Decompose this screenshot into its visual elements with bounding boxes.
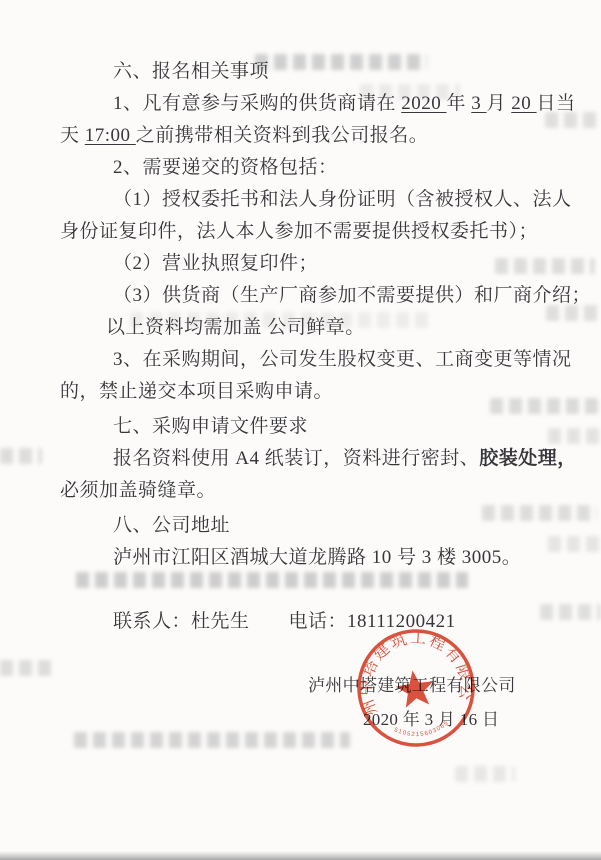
text-segment: （3）供货商（生产厂商参加不需要提供）和厂商介绍； bbox=[113, 285, 591, 306]
text-line: 1、凡有意参与采购的供货商请在 2020 年 3 月 20 日当 bbox=[60, 88, 565, 120]
seal-star-icon bbox=[394, 668, 437, 709]
text-segment: 年 bbox=[447, 93, 472, 114]
text-line: 天 17:00 之前携带相关资料到我公司报名。 bbox=[60, 120, 565, 152]
text-segment: 以上资料均需加盖 公司鲜章。 bbox=[106, 317, 365, 338]
bleedthrough-smudge bbox=[455, 766, 515, 782]
bleedthrough-smudge bbox=[0, 660, 55, 676]
text-line: （1）授权委托书和法人身份证明（含被授权人、法人 bbox=[60, 184, 565, 216]
document-page: 六、报名相关事项1、凡有意参与采购的供货商请在 2020 年 3 月 20 日当… bbox=[0, 0, 601, 860]
text-segment: 泸州市江阳区酒城大道龙腾路 10 号 3 楼 3005。 bbox=[113, 547, 521, 568]
text-segment: 月 bbox=[487, 93, 512, 114]
text-line: 身份证复印件，法人本人参加不需要提供授权委托书）； bbox=[60, 216, 565, 248]
text-segment: 报名资料使用 A4 纸装订，资料进行密封、 bbox=[113, 448, 479, 469]
text-line: 八、公司地址 bbox=[60, 510, 565, 542]
text-segment: 天 bbox=[60, 125, 85, 146]
text-line: 报名资料使用 A4 纸装订，资料进行密封、胶装处理， bbox=[60, 443, 565, 475]
text-segment: 日当 bbox=[537, 93, 576, 114]
document-body: 六、报名相关事项1、凡有意参与采购的供货商请在 2020 年 3 月 20 日当… bbox=[60, 56, 565, 736]
text-line: 必须加盖骑缝章。 bbox=[60, 475, 565, 507]
text-segment: 20 bbox=[511, 93, 536, 114]
signature-date-line: 2020 年 3 月 16 日 bbox=[60, 704, 565, 736]
signature-company-line: 泸州中塔建筑工程有限公司 bbox=[60, 670, 565, 702]
text-segment: 之前携带相关资料到我公司报名。 bbox=[136, 125, 429, 146]
text-line: 2、需要递交的资格包括： bbox=[60, 152, 565, 184]
text-segment: 身份证复印件，法人本人参加不需要提供授权委托书）； bbox=[60, 221, 538, 242]
seal-svg: 泸州中塔建筑工程有限公司 5105215603065 bbox=[346, 618, 486, 758]
text-line: 六、报名相关事项 bbox=[60, 56, 565, 88]
text-segment: 1、凡有意参与采购的供货商请在 bbox=[113, 93, 401, 114]
text-segment: 3、在采购期间，公司发生股权变更、工商变更等情况 bbox=[113, 349, 572, 370]
text-line: 3、在采购期间，公司发生股权变更、工商变更等情况 bbox=[60, 344, 565, 376]
text-segment: 七、采购申请文件要求 bbox=[113, 416, 308, 437]
text-line: （3）供货商（生产厂商参加不需要提供）和厂商介绍； bbox=[60, 280, 565, 312]
bleedthrough-smudge bbox=[0, 448, 42, 464]
seal-company-text: 泸州中塔建筑工程有限公司 bbox=[346, 618, 478, 720]
company-seal-stamp: 泸州中塔建筑工程有限公司 5105215603065 bbox=[346, 618, 486, 758]
text-line: 以上资料均需加盖 公司鲜章。 bbox=[60, 312, 565, 344]
text-segment: （1）授权委托书和法人身份证明（含被授权人、法人 bbox=[113, 189, 572, 210]
text-segment: 六、报名相关事项 bbox=[113, 61, 269, 82]
text-segment: 2、需要递交的资格包括： bbox=[113, 157, 338, 178]
text-line: 的，禁止递交本项目采购申请。 bbox=[60, 376, 565, 408]
blank-line bbox=[60, 574, 565, 606]
text-segment: 的，禁止递交本项目采购申请。 bbox=[60, 381, 333, 402]
text-segment: （2）营业执照复印件； bbox=[113, 253, 318, 274]
text-segment: 3 bbox=[471, 93, 486, 114]
blank-line bbox=[60, 638, 565, 670]
text-segment: 必须加盖骑缝章。 bbox=[60, 480, 216, 501]
text-segment: 17:00 bbox=[85, 125, 136, 146]
text-segment: 2020 bbox=[401, 93, 446, 114]
text-line: 联系人：杜先生 电话：18111200421 bbox=[60, 606, 565, 638]
scan-bottom-edge bbox=[0, 851, 601, 860]
text-line: 泸州市江阳区酒城大道龙腾路 10 号 3 楼 3005。 bbox=[60, 542, 565, 574]
text-segment: 八、公司地址 bbox=[113, 515, 230, 536]
text-segment: 胶装处理， bbox=[479, 448, 577, 469]
text-line: 七、采购申请文件要求 bbox=[60, 411, 565, 443]
text-line: （2）营业执照复印件； bbox=[60, 248, 565, 280]
